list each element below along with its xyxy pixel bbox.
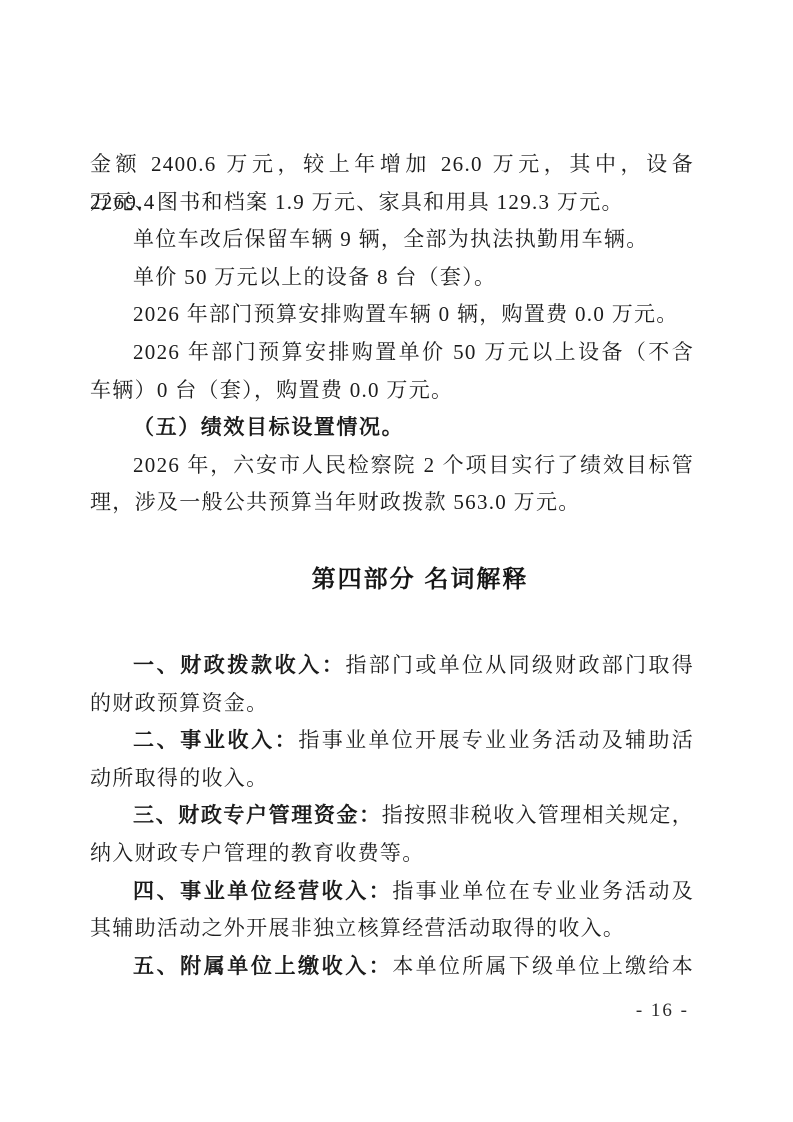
bold-lead-text: 五、附属单位上缴收入：: [133, 955, 392, 978]
document-line: 2026 年部门预算安排购置车辆 0 辆，购置费 0.0 万元。: [90, 296, 694, 334]
glossary-paragraphs: 一、财政拨款收入：指部门或单位从同级财政部门取得的财政预算资金。二、事业收入：指…: [90, 647, 694, 985]
bold-lead-text: 二、事业收入：: [133, 729, 298, 752]
asset-and-performance-paragraphs: 金额 2400.6 万元，较上年增加 26.0 万元，其中，设备 2269.4万…: [90, 146, 694, 522]
bold-lead-text: （五）绩效目标设置情况。: [133, 416, 404, 439]
document-line: 其辅助活动之外开展非独立核算经营活动取得的收入。: [90, 910, 694, 948]
document-line: 三、财政专户管理资金：指按照非税收入管理相关规定，: [90, 797, 694, 835]
document-line: 车辆）0 台（套），购置费 0.0 万元。: [90, 372, 694, 410]
document-line: （五）绩效目标设置情况。: [90, 409, 694, 447]
document-line: 2026 年部门预算安排购置单价 50 万元以上设备（不含: [90, 334, 694, 372]
document-line: 万元、图书和档案 1.9 万元、家具和用具 129.3 万元。: [90, 184, 694, 222]
document-line: 一、财政拨款收入：指部门或单位从同级财政部门取得: [90, 647, 694, 685]
bold-lead-text: 四、事业单位经营收入：: [133, 880, 392, 903]
document-line: 理，涉及一般公共预算当年财政拨款 563.0 万元。: [90, 484, 694, 522]
document-line: 五、附属单位上缴收入：本单位所属下级单位上缴给本: [90, 948, 694, 986]
document-line: 的财政预算资金。: [90, 685, 694, 723]
document-line: 二、事业收入：指事业单位开展专业业务活动及辅助活: [90, 722, 694, 760]
document-line: 四、事业单位经营收入：指事业单位在专业业务活动及: [90, 873, 694, 911]
bold-lead-text: 三、财政专户管理资金：: [133, 804, 382, 827]
document-line: 单位车改后保留车辆 9 辆，全部为执法执勤用车辆。: [90, 221, 694, 259]
document-line: 动所取得的收入。: [90, 760, 694, 798]
document-line: 纳入财政专户管理的教育收费等。: [90, 835, 694, 873]
document-line: 2026 年，六安市人民检察院 2 个项目实行了绩效目标管: [90, 447, 694, 485]
section-heading: 第四部分 名词解释: [118, 560, 722, 600]
bold-lead-text: 一、财政拨款收入：: [133, 654, 345, 677]
page-number: - 16 -: [636, 998, 689, 1024]
document-page: 金额 2400.6 万元，较上年增加 26.0 万元，其中，设备 2269.4万…: [0, 0, 793, 1122]
document-line: 金额 2400.6 万元，较上年增加 26.0 万元，其中，设备 2269.4: [90, 146, 694, 184]
document-line: 单价 50 万元以上的设备 8 台（套）。: [90, 259, 694, 297]
